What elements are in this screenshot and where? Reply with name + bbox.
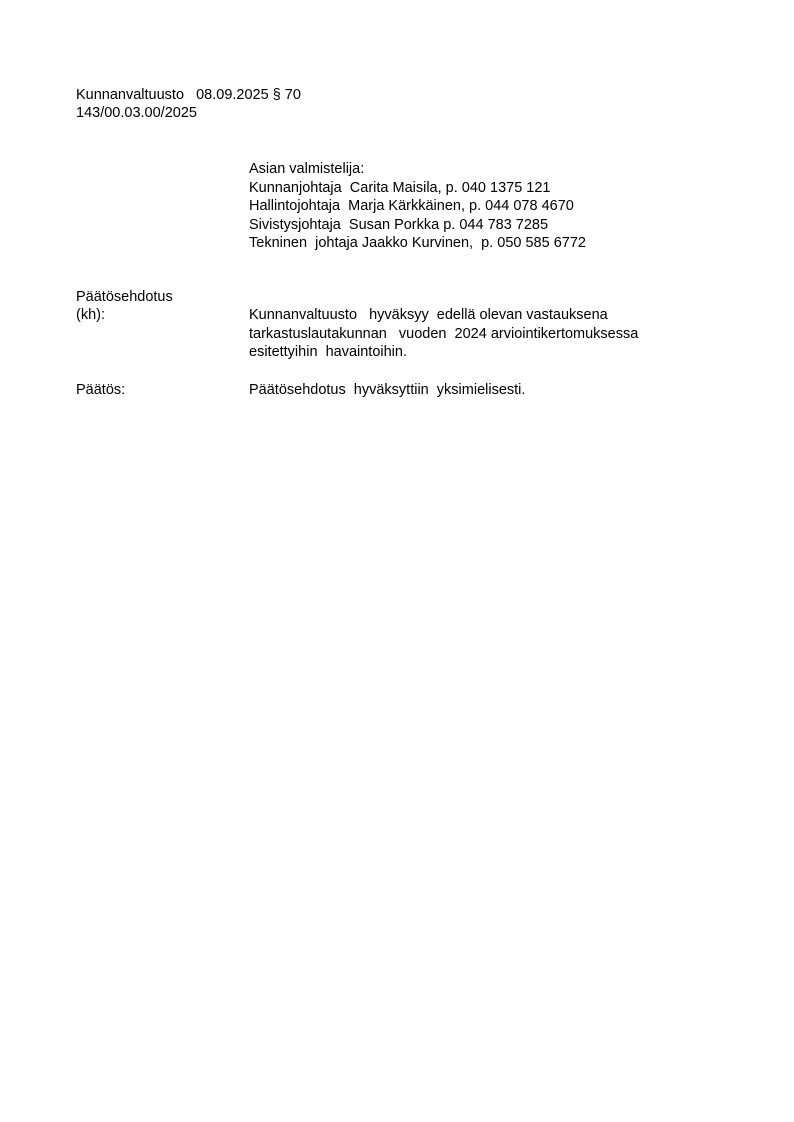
- proposal-line: Kunnanvaltuusto hyväksyy edellä olevan v…: [249, 306, 638, 325]
- preparer-item: Tekninen johtaja Jaakko Kurvinen, p. 050…: [249, 234, 586, 253]
- preparer-item: Sivistysjohtaja Susan Porkka p. 044 783 …: [249, 216, 586, 235]
- decision-text: Päätösehdotus hyväksyttiin yksimielisest…: [249, 381, 525, 399]
- proposal-line: tarkastuslautakunnan vuoden 2024 arvioin…: [249, 325, 638, 344]
- preparer-item: Kunnanjohtaja Carita Maisila, p. 040 137…: [249, 179, 586, 198]
- proposal-label-kh: (kh):: [76, 306, 105, 324]
- meeting-header: Kunnanvaltuusto 08.09.2025 § 70: [76, 86, 301, 104]
- decision-label: Päätös:: [76, 381, 125, 399]
- proposal-text: Kunnanvaltuusto hyväksyy edellä olevan v…: [249, 306, 638, 362]
- preparer-item: Hallintojohtaja Marja Kärkkäinen, p. 044…: [249, 197, 586, 216]
- preparers-title: Asian valmistelija:: [249, 160, 586, 179]
- preparers-block: Asian valmistelija: Kunnanjohtaja Carita…: [249, 160, 586, 253]
- case-number: 143/00.03.00/2025: [76, 104, 197, 122]
- proposal-label: Päätösehdotus: [76, 288, 173, 306]
- proposal-line: esitettyihin havaintoihin.: [249, 343, 638, 362]
